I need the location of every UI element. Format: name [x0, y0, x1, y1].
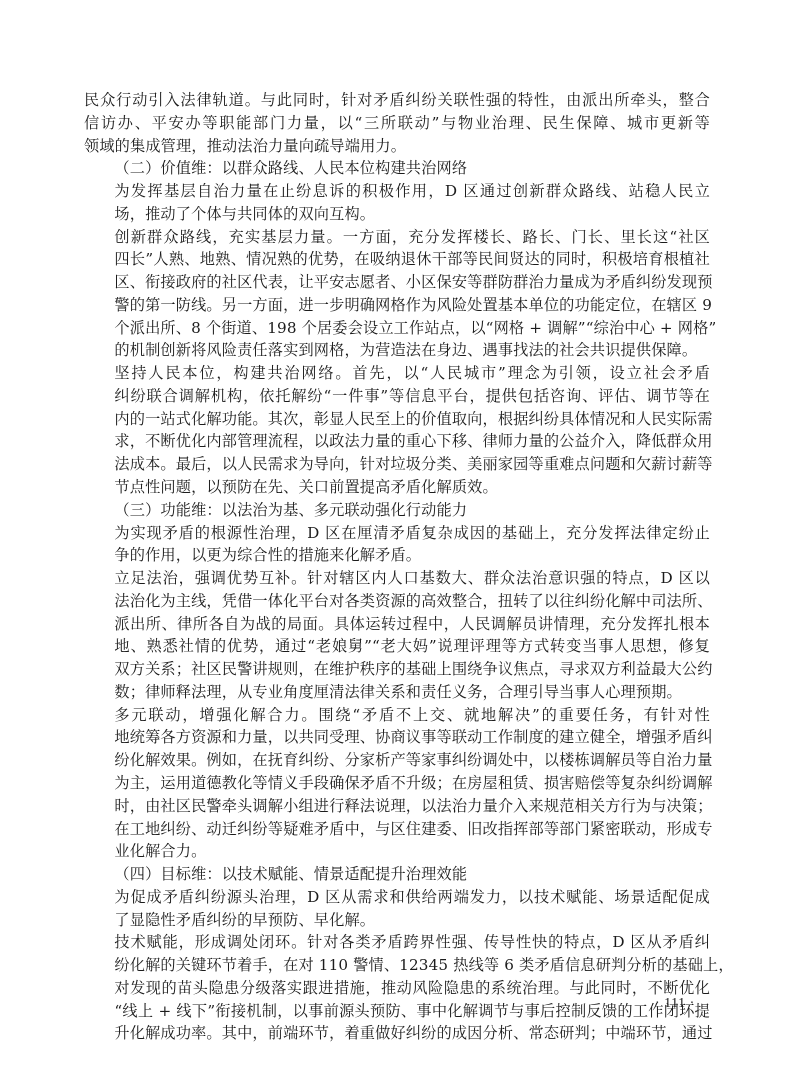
text-line: 民众行动引入法律轨道。与此同时，针对矛盾纠纷关联性强的特性，由派出所牵头，整合 [84, 89, 710, 112]
text-line: 坚持人民本位，构建共治网络。首先，以“人民城市”理念为引领，设立社会矛盾 [84, 362, 710, 385]
text-line: 为发挥基层自治力量在止纷息诉的积极作用，D 区通过创新群众路线、站稳人民立 [84, 180, 710, 203]
heading-text: （二）价值维：以群众路线、人民本位构建共治网络 [84, 157, 710, 180]
text-line: 多元联动，增强化解合力。围绕“矛盾不上交、就地解决”的重要任务，有针对性 [84, 704, 710, 727]
text-line: 求，不断优化内部管理流程，以政法力量的重心下移、律师力量的公益介入，降低群众用 [84, 430, 710, 453]
text-line: 时，由社区民警牵头调解小组进行释法说理，以法治力量介入来规范相关方行为与决策； [84, 795, 710, 818]
text-line: “线上 + 线下”衔接机制，以事前源头预防、事中化解调节与事后控制反馈的工作闭环… [84, 1000, 710, 1023]
text-line: 法治化为主线，凭借一体化平台对各类资源的高效整合，扭转了以往纠纷化解中司法所、 [84, 590, 710, 613]
paragraph-continued: 民众行动引入法律轨道。与此同时，针对矛盾纠纷关联性强的特性，由派出所牵头，整合 … [84, 89, 710, 157]
paragraph: 技术赋能，形成调处闭环。针对各类矛盾跨界性强、传导性快的特点，D 区从矛盾纠 纷… [84, 931, 710, 1045]
text-line: 立足法治，强调优势互补。针对辖区内人口基数大、群众法治意识强的特点，D 区以 [84, 567, 710, 590]
text-line: 警的第一防线。另一方面，进一步明确网格作为风险处置基本单位的功能定位，在辖区 9 [84, 294, 710, 317]
text-line: 纷化解的关键环节着手，在对 110 警情、12345 热线等 6 类矛盾信息研判… [84, 954, 710, 977]
text-line: 的机制创新将风险责任落实到网格，为营造法在身边、遇事找法的社会共识提供保障。 [84, 339, 710, 362]
text-line: 为主，运用道德教化等情义手段确保矛盾不升级；在房屋租赁、损害赔偿等复杂纠纷调解 [84, 772, 710, 795]
text-line: 场，推动了个体与共同体的双向互构。 [84, 203, 710, 226]
text-line: 派出所、律所各自为战的局面。具体运转过程中，人民调解员讲情理，充分发挥扎根本 [84, 613, 710, 636]
text-line: 对发现的苗头隐患分级落实跟进措施，推动风险隐患的系统治理。与此同时，不断优化 [84, 977, 710, 1000]
text-line: 纷化解效果。例如，在抚育纠纷、分家析产等家事纠纷调处中，以楼栋调解员等自治力量 [84, 749, 710, 772]
paragraph: 为发挥基层自治力量在止纷息诉的积极作用，D 区通过创新群众路线、站稳人民立 场，… [84, 180, 710, 226]
paragraph: 创新群众路线，充实基层力量。一方面，充分发挥楼长、路长、门长、里长这“社区 四长… [84, 226, 710, 363]
text-line: 四长”人熟、地熟、情况熟的优势，在吸纳退休干部等民间贤达的同时，积极培育根植社 [84, 248, 710, 271]
page-number: · 111 · [655, 996, 695, 1012]
text-line: 地统筹各方资源和力量，以共同受理、协商议事等联动工作制度的建立健全，增强矛盾纠 [84, 726, 710, 749]
text-line: 创新群众路线，充实基层力量。一方面，充分发挥楼长、路长、门长、里长这“社区 [84, 226, 710, 249]
text-line: 内的一站式化解功能。其次，彰显人民至上的价值取向，根据纠纷具体情况和人民实际需 [84, 408, 710, 431]
text-line: 个派出所、8 个街道、198 个居委会设立工作站点，以“网格 + 调解”“综治中… [84, 317, 710, 340]
text-line: 地、熟悉社情的优势，通过“老娘舅”“老大妈”说理评理等方式转变当事人思想，修复 [84, 635, 710, 658]
paragraph: 立足法治，强调优势互补。针对辖区内人口基数大、群众法治意识强的特点，D 区以 法… [84, 567, 710, 704]
paragraph: 多元联动，增强化解合力。围绕“矛盾不上交、就地解决”的重要任务，有针对性 地统筹… [84, 704, 710, 863]
text-line: 在工地纠纷、动迁纠纷等疑难矛盾中，与区住建委、旧改指挥部等部门紧密联动，形成专 [84, 818, 710, 841]
text-line: 为实现矛盾的根源性治理，D 区在厘清矛盾复杂成因的基础上，充分发挥法律定纷止 [84, 522, 710, 545]
paragraph: 为促成矛盾纠纷源头治理，D 区从需求和供给两端发力，以技术赋能、场景适配促成 了… [84, 886, 710, 932]
text-line: 技术赋能，形成调处闭环。针对各类矛盾跨界性强、传导性快的特点，D 区从矛盾纠 [84, 931, 710, 954]
section-heading-value-dimension: （二）价值维：以群众路线、人民本位构建共治网络 [84, 157, 710, 180]
paragraph: 为实现矛盾的根源性治理，D 区在厘清矛盾复杂成因的基础上，充分发挥法律定纷止 争… [84, 522, 710, 568]
text-line: 为促成矛盾纠纷源头治理，D 区从需求和供给两端发力，以技术赋能、场景适配促成 [84, 886, 710, 909]
text-line: 业化解合力。 [84, 840, 710, 863]
text-line: 法成本。最后，以人民需求为导向，针对垃圾分类、美丽家园等重难点问题和欠薪讨薪等 [84, 453, 710, 476]
text-line: 信访办、平安办等职能部门力量，以“三所联动”与物业治理、民生保障、城市更新等 [84, 112, 710, 135]
heading-text: （三）功能维：以法治为基、多元联动强化行动能力 [84, 499, 710, 522]
text-line: 纠纷联合调解机构，依托解纷“一件事”等信息平台，提供包括咨询、评估、调节等在 [84, 385, 710, 408]
paragraph: 坚持人民本位，构建共治网络。首先，以“人民城市”理念为引领，设立社会矛盾 纠纷联… [84, 362, 710, 499]
text-line: 数；律师释法理，从专业角度厘清法律关系和责任义务，合理引导当事人心理预期。 [84, 681, 710, 704]
text-line: 了显隐性矛盾纠纷的早预防、早化解。 [84, 909, 710, 932]
section-heading-function-dimension: （三）功能维：以法治为基、多元联动强化行动能力 [84, 499, 710, 522]
text-line: 双方关系；社区民警讲规则，在维护秩序的基础上围绕争议焦点，寻求双方利益最大公约 [84, 658, 710, 681]
heading-text: （四）目标维：以技术赋能、情景适配提升治理效能 [84, 863, 710, 886]
text-line: 领域的集成管理，推动法治力量向疏导端用力。 [84, 135, 710, 158]
text-line: 节点性问题，以预防在先、关口前置提高矛盾化解质效。 [84, 476, 710, 499]
section-heading-goal-dimension: （四）目标维：以技术赋能、情景适配提升治理效能 [84, 863, 710, 886]
document-page-body: 民众行动引入法律轨道。与此同时，针对矛盾纠纷关联性强的特性，由派出所牵头，整合 … [84, 89, 710, 1045]
text-line: 升化解成功率。其中，前端环节，着重做好纠纷的成因分析、常态研判；中端环节，通过 [84, 1022, 710, 1045]
text-line: 区、衔接政府的社区代表，让平安志愿者、小区保安等群防群治力量成为矛盾纠纷发现预 [84, 271, 710, 294]
text-line: 争的作用，以更为综合性的措施来化解矛盾。 [84, 544, 710, 567]
